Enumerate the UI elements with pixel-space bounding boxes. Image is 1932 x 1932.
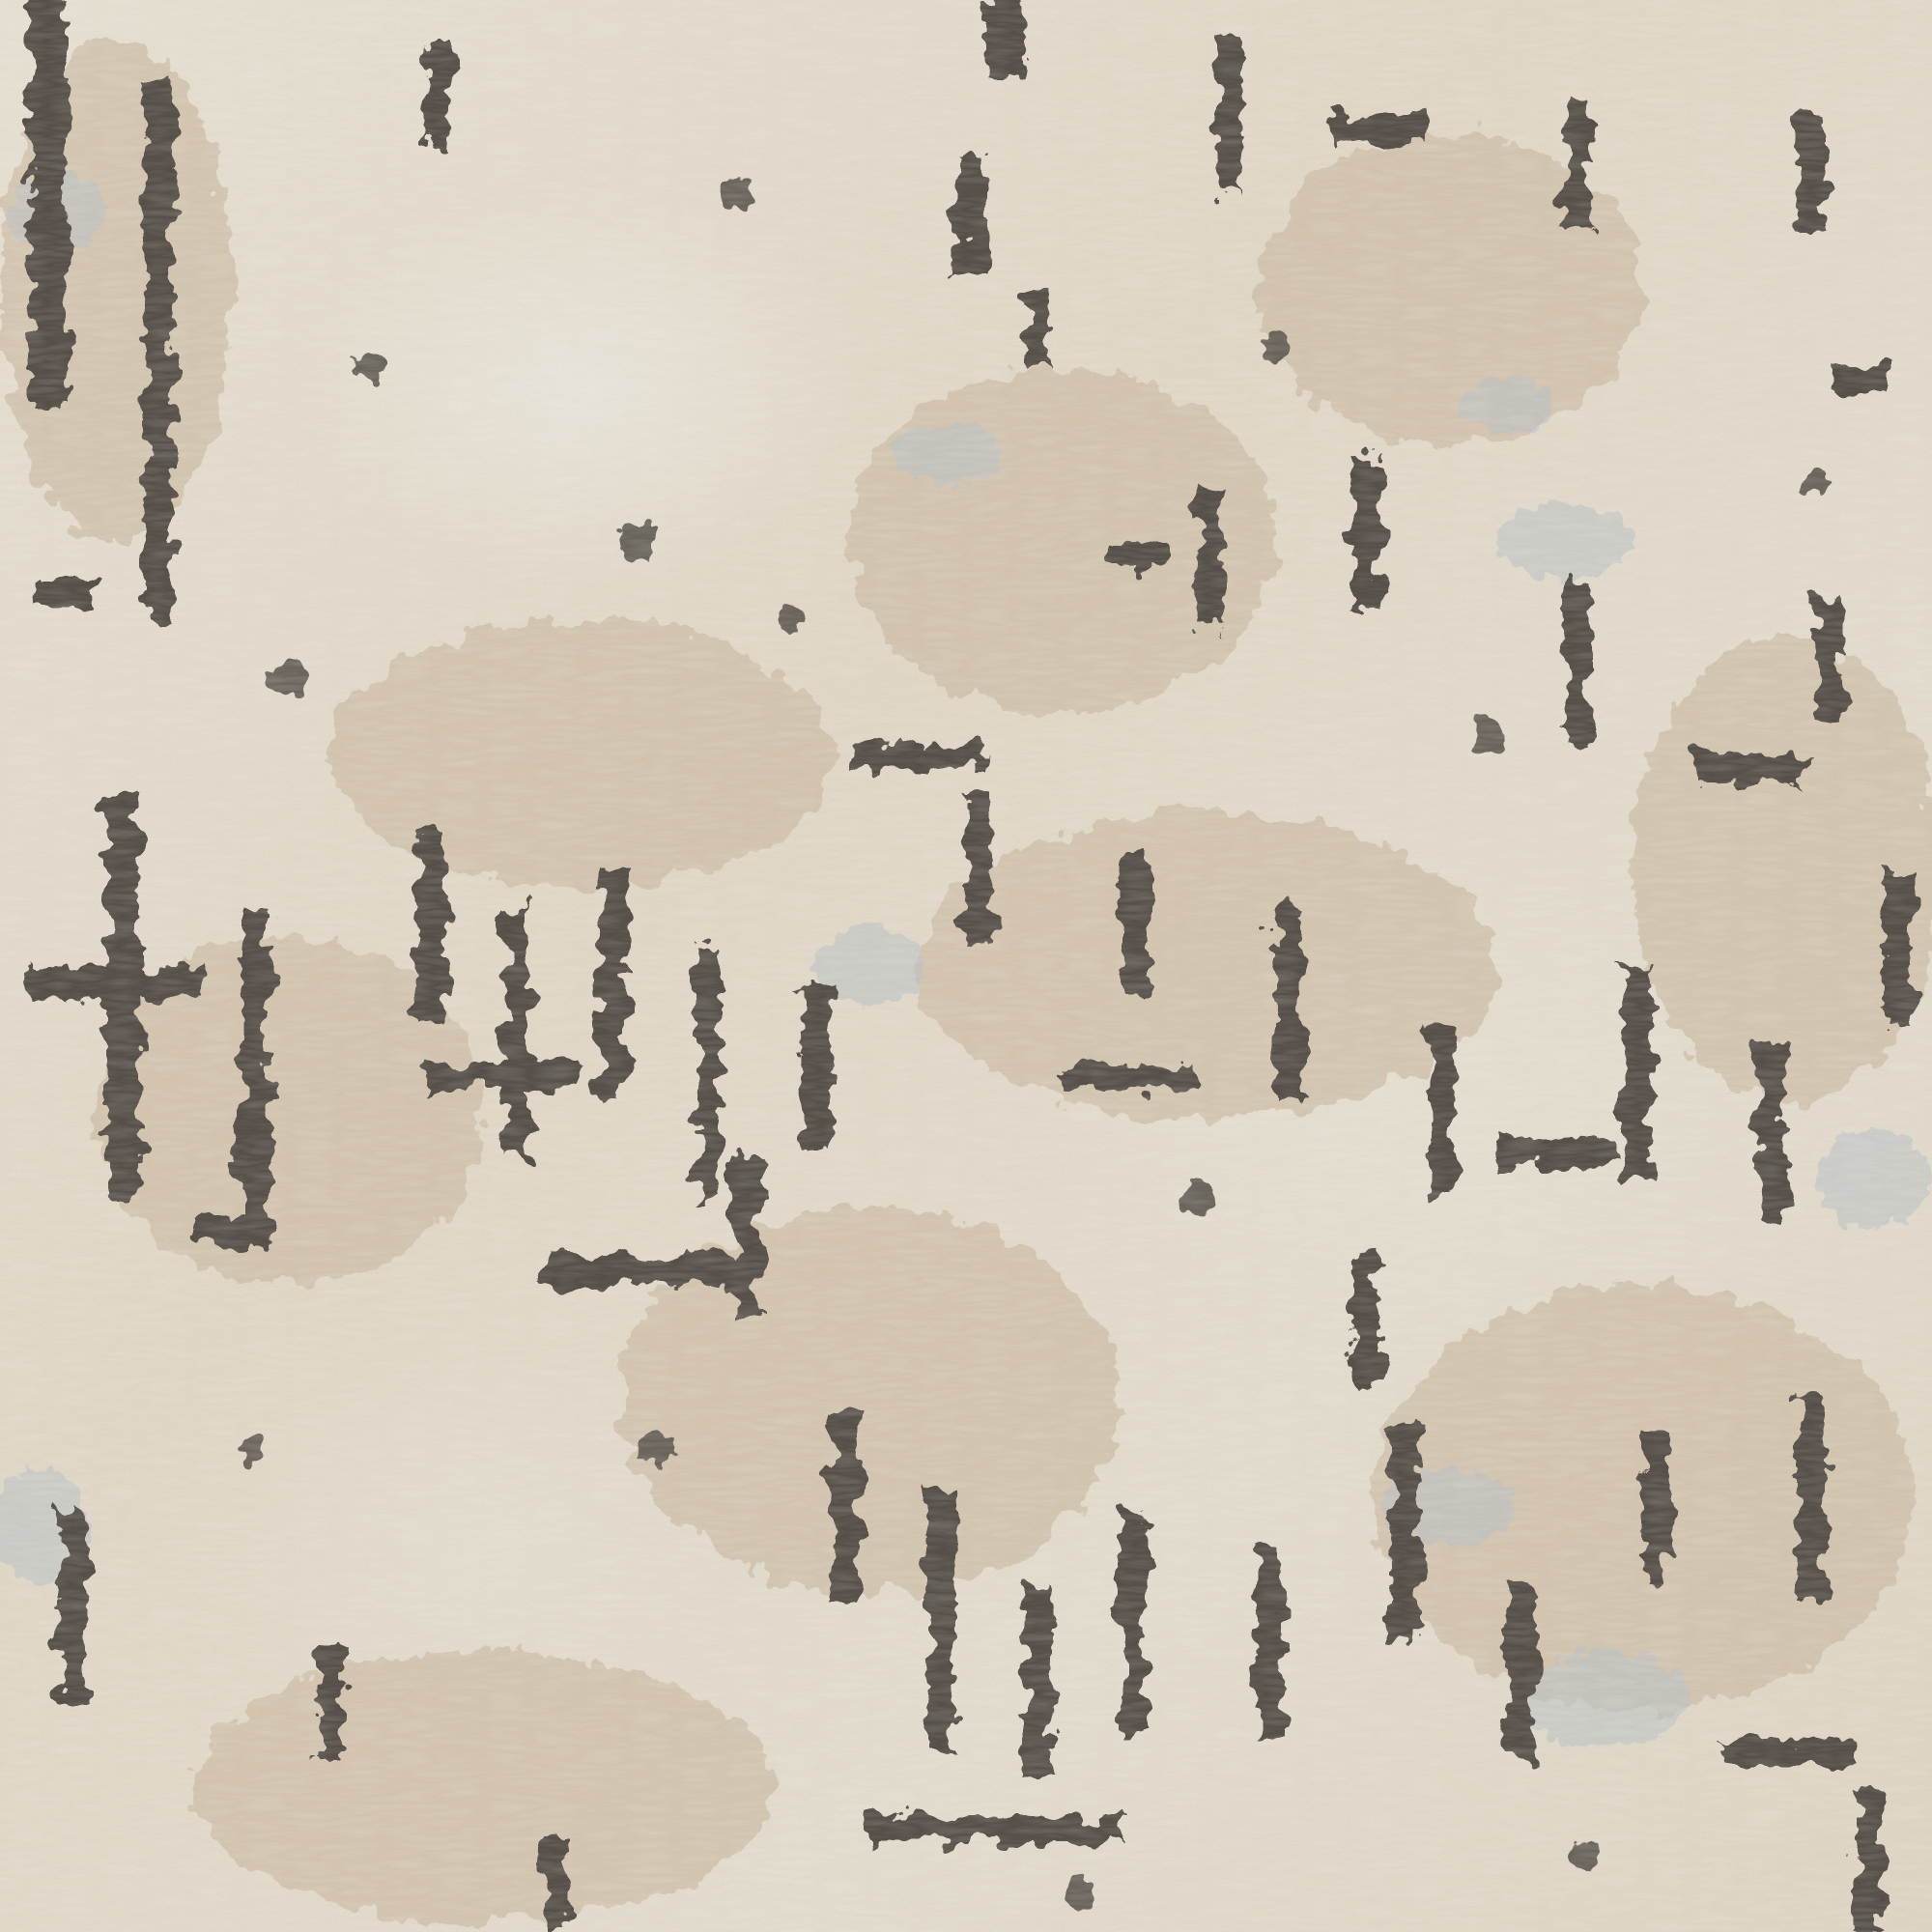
- rug-pattern: [0, 0, 1932, 1932]
- rug-texture-photo: [0, 0, 1932, 1932]
- fiber-grain: [0, 0, 1932, 1932]
